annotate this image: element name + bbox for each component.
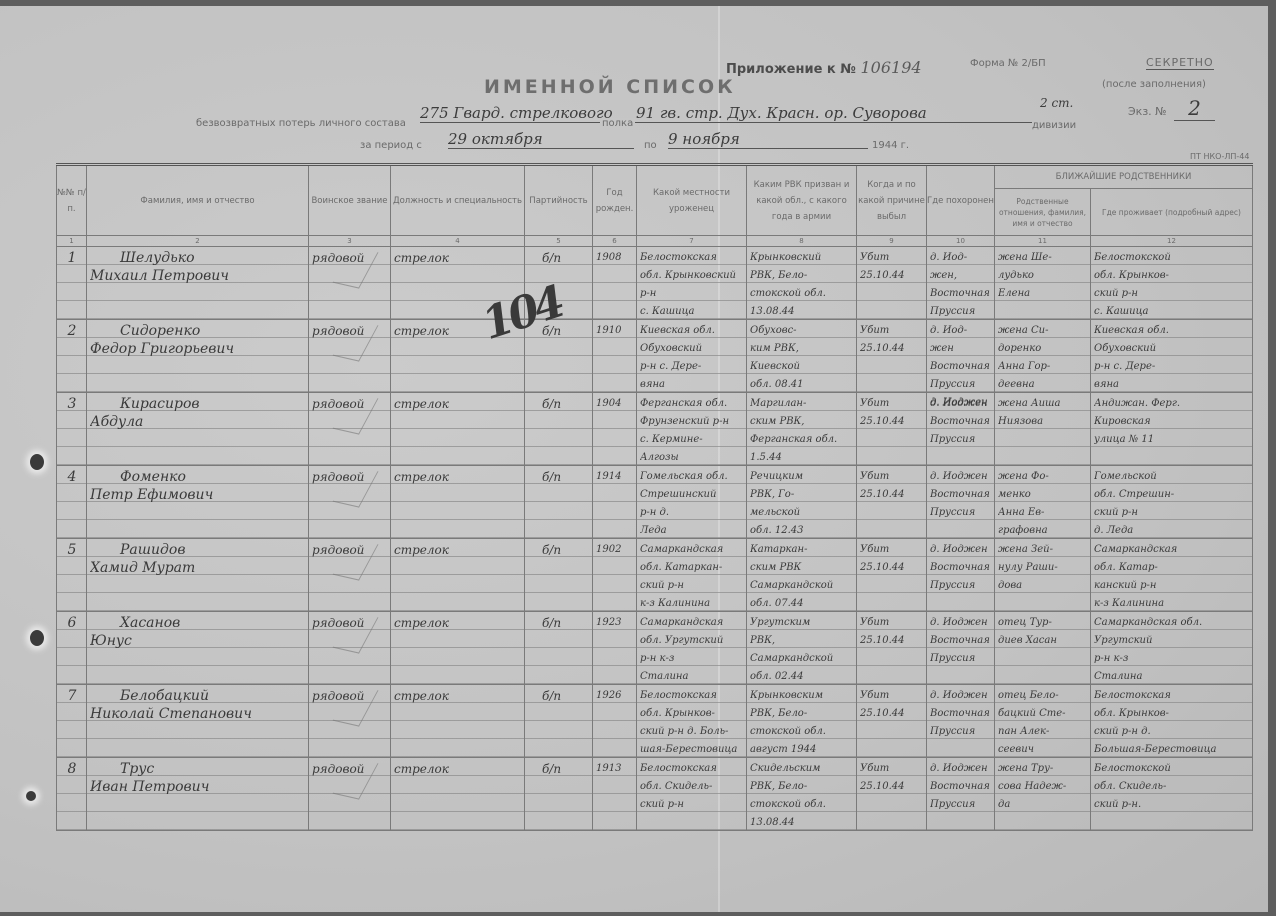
- text-line: Елена: [998, 285, 1088, 303]
- given-names: Хамид Мурат: [90, 559, 306, 577]
- table-row: 4 Фоменко Петр Ефимович рядовой стрелок …: [57, 466, 1253, 539]
- text-line: Самаркандская: [640, 541, 744, 559]
- col-num: 5: [525, 236, 593, 247]
- text-line: Пруссия: [930, 796, 992, 814]
- text-line: Убит: [860, 541, 924, 559]
- text-line: Леда: [640, 522, 744, 540]
- text-line: Сталина: [1094, 668, 1250, 686]
- text-line: Крынковский: [750, 249, 854, 267]
- text-line: д. Леда: [1094, 522, 1250, 540]
- text-line: обл. Катаркан-: [640, 559, 744, 577]
- division-note: 2 ст.: [1040, 96, 1073, 110]
- text-line: 13.08.44: [750, 303, 854, 321]
- text-line: 25.10.44: [860, 559, 924, 577]
- relative: жена Си-доренкоАнна Гор-деевна: [998, 322, 1088, 394]
- text-line: обл. 02.44: [750, 668, 854, 686]
- text-line: Стрешинский: [640, 486, 744, 504]
- text-line: Восточная: [930, 632, 992, 650]
- text-line: д. Иоджен: [930, 468, 992, 486]
- classification-note: (после заполнения): [1102, 79, 1206, 90]
- text-line: обл. Скидель-: [1094, 778, 1250, 796]
- relative-address: Самаркандскаяобл. Катар-канский р-нк-з К…: [1094, 541, 1250, 613]
- col-num: 1: [57, 236, 87, 247]
- text-line: Самаркандская обл.: [1094, 614, 1250, 632]
- text-line: Белостокская: [640, 760, 744, 778]
- text-line: ским РВК,: [750, 413, 854, 431]
- col-num: 7: [637, 236, 747, 247]
- burial-place: д. ИодженВосточнаяПруссия: [930, 541, 992, 595]
- text-line: мельской: [750, 504, 854, 522]
- origin: Киевская обл.Обуховскийр-н с. Дере-вяна: [640, 322, 744, 394]
- text-line: с. Кашица: [1094, 303, 1250, 321]
- text-line: к-з Калинина: [1094, 595, 1250, 613]
- text-line: Пруссия: [930, 431, 992, 449]
- text-line: ский р-н.: [1094, 796, 1250, 814]
- text-line: к-з Калинина: [640, 595, 744, 613]
- birth-year: 1904: [596, 395, 634, 413]
- text-line: с. Кашица: [640, 303, 744, 321]
- text-line: Киевская обл.: [640, 322, 744, 340]
- text-line: д. Иоджен: [930, 395, 992, 413]
- text-line: обл. 12.43: [750, 522, 854, 540]
- text-line: Восточная: [930, 705, 992, 723]
- rvk: Маргилан-ским РВК,Ферганская обл.1.5.44: [750, 395, 854, 467]
- origin: Самаркандскаяобл. Ургутскийр-н к-зСталин…: [640, 614, 744, 686]
- text-line: РВК,: [750, 632, 854, 650]
- text-line: Андижан. Ферг.: [1094, 395, 1250, 413]
- text-line: Убит: [860, 614, 924, 632]
- left-reason: Убит25.10.44: [860, 395, 924, 431]
- col-num: 10: [927, 236, 995, 247]
- text-line: обл. Крынков-: [1094, 267, 1250, 285]
- text-line: Ургутским: [750, 614, 854, 632]
- classification-label: СЕКРЕТНО: [1146, 56, 1214, 70]
- period-label: за период с: [360, 140, 422, 151]
- text-line: 25.10.44: [860, 486, 924, 504]
- table-row: 8 Трус Иван Петрович рядовой стрелок б/п…: [57, 758, 1253, 831]
- party: б/п: [528, 249, 590, 267]
- text-line: д. Иоджен: [930, 614, 992, 632]
- origin: Ферганская обл.Фрунзенский р-нс. Кермине…: [640, 395, 744, 467]
- text-line: обл. Крынковский: [640, 267, 744, 285]
- text-line: Самаркандской: [750, 650, 854, 668]
- text-line: пан Алек-: [998, 723, 1088, 741]
- party: б/п: [528, 687, 590, 705]
- col-group-relatives: БЛИЖАЙШИЕ РОДСТВЕННИКИ: [995, 165, 1253, 189]
- text-line: д. Иоджен: [930, 760, 992, 778]
- col-num: 3: [309, 236, 391, 247]
- party: б/п: [528, 541, 590, 559]
- text-line: р-н к-з: [1094, 650, 1250, 668]
- text-line: р-н с. Дере-: [640, 358, 744, 376]
- text-line: жена Тру-: [998, 760, 1088, 778]
- document-sheet: ИМЕННОЙ СПИСОК Приложение к № 106194 Фор…: [0, 6, 1268, 912]
- relative: жена АишаНиязова: [998, 395, 1088, 431]
- text-line: графовна: [998, 522, 1088, 540]
- text-line: менко: [998, 486, 1088, 504]
- position: стрелок: [394, 468, 522, 486]
- text-line: Восточная: [930, 358, 992, 376]
- form-number: Форма № 2/БП: [970, 58, 1046, 69]
- burial-place: д. ИодженВосточнаяПруссия: [930, 760, 992, 814]
- col-header-name: Фамилия, имя и отчество: [87, 165, 309, 236]
- text-line: ский р-н: [1094, 285, 1250, 303]
- text-line: Киевская обл.: [1094, 322, 1250, 340]
- origin: Белостокскаяобл. Скидель-ский р-н: [640, 760, 744, 814]
- col-header-birth-year: Год рожден.: [593, 165, 637, 236]
- copy-value: 2: [1174, 96, 1215, 121]
- left-reason: Убит25.10.44: [860, 760, 924, 796]
- text-line: Кировская: [1094, 413, 1250, 431]
- text-line: Восточная: [930, 778, 992, 796]
- row-number: 1: [60, 249, 84, 267]
- text-line: Убит: [860, 322, 924, 340]
- rvk: КрынковскимРВК, Бело-стокской обл.август…: [750, 687, 854, 759]
- birth-year: 1926: [596, 687, 634, 705]
- given-names: Иван Петрович: [90, 778, 306, 796]
- text-line: ский р-н: [1094, 504, 1250, 522]
- text-line: деевна: [998, 376, 1088, 394]
- surname: Шелудько: [90, 249, 306, 267]
- row-number: 6: [60, 614, 84, 632]
- text-line: Речицким: [750, 468, 854, 486]
- col-num: 12: [1091, 236, 1253, 247]
- text-line: жена Аиша: [998, 395, 1088, 413]
- text-line: Сталина: [640, 668, 744, 686]
- text-line: сова Надеж-: [998, 778, 1088, 796]
- relative-address: Андижан. Ферг.Кировскаяулица № 11: [1094, 395, 1250, 449]
- burial-place: д. ИодженВосточнаяПруссия: [930, 687, 992, 741]
- row-number: 7: [60, 687, 84, 705]
- text-line: Пруссия: [930, 303, 992, 321]
- left-reason: Убит25.10.44: [860, 468, 924, 504]
- text-line: РВК, Го-: [750, 486, 854, 504]
- text-line: Большая-Берестовица: [1094, 741, 1250, 759]
- col-header-buried: Где похоронен: [927, 165, 995, 236]
- col-header-rank: Воинское звание: [309, 165, 391, 236]
- text-line: Ургутский: [1094, 632, 1250, 650]
- text-line: РВК, Бело-: [750, 705, 854, 723]
- row-number: 5: [60, 541, 84, 559]
- birth-year: 1902: [596, 541, 634, 559]
- text-line: бацкий Сте-: [998, 705, 1088, 723]
- birth-year: 1923: [596, 614, 634, 632]
- text-line: 25.10.44: [860, 778, 924, 796]
- surname: Трус: [90, 760, 306, 778]
- text-line: Белостокская: [640, 249, 744, 267]
- relative-address: Киевская обл.Обуховскийр-н с. Дере-вяна: [1094, 322, 1250, 394]
- text-line: канский р-н: [1094, 577, 1250, 595]
- text-line: ский р-н д. Боль-: [640, 723, 744, 741]
- text-line: Белостокская: [1094, 687, 1250, 705]
- text-line: жена Ше-: [998, 249, 1088, 267]
- position: стрелок: [394, 249, 522, 267]
- surname: Рашидов: [90, 541, 306, 559]
- text-line: отец Бело-: [998, 687, 1088, 705]
- text-line: р-н д.: [640, 504, 744, 522]
- text-line: д. Иоджен: [930, 541, 992, 559]
- text-line: обл. Крынков-: [1094, 705, 1250, 723]
- period-to-label: по: [644, 140, 657, 151]
- text-line: Самаркандская: [1094, 541, 1250, 559]
- burial-place: д. ИодженВосточнаяПруссия: [930, 614, 992, 668]
- attachment-label: Приложение к №: [726, 62, 856, 77]
- text-line: отец Тур-: [998, 614, 1088, 632]
- text-line: жена Зей-: [998, 541, 1088, 559]
- position: стрелок: [394, 687, 522, 705]
- text-line: 25.10.44: [860, 340, 924, 358]
- party: б/п: [528, 395, 590, 413]
- row-number: 4: [60, 468, 84, 486]
- col-num: 2: [87, 236, 309, 247]
- burial-place: д. Иод-жен,ВосточнаяПруссия: [930, 249, 992, 321]
- copy-label: Экз. №: [1128, 105, 1167, 118]
- text-line: Ниязова: [998, 413, 1088, 431]
- text-line: Восточная: [930, 285, 992, 303]
- given-names: Петр Ефимович: [90, 486, 306, 504]
- text-line: д. Иод-: [930, 322, 992, 340]
- text-line: Крынковским: [750, 687, 854, 705]
- text-line: Обуховский: [640, 340, 744, 358]
- text-line: Восточная: [930, 413, 992, 431]
- left-reason: Убит25.10.44: [860, 322, 924, 358]
- col-header-rvk: Каким РВК призван и какой обл., с какого…: [747, 165, 857, 236]
- position: стрелок: [394, 541, 522, 559]
- text-line: 13.08.44: [750, 814, 854, 832]
- text-line: Анна Гор-: [998, 358, 1088, 376]
- given-names: Михаил Петрович: [90, 267, 306, 285]
- relative: отец Бело-бацкий Сте-пан Алек-сеевич: [998, 687, 1088, 759]
- year: 1944 г.: [872, 140, 909, 151]
- text-line: 25.10.44: [860, 705, 924, 723]
- text-line: 25.10.44: [860, 267, 924, 285]
- text-line: август 1944: [750, 741, 854, 759]
- table-row: 2 Сидоренко Федор Григорьевич рядовой ст…: [57, 320, 1253, 393]
- text-line: Фрунзенский р-н: [640, 413, 744, 431]
- rvk: УргутскимРВК,Самаркандскойобл. 02.44: [750, 614, 854, 686]
- table-row: 1 Шелудько Михаил Петрович рядовой стрел…: [57, 247, 1253, 320]
- text-line: Катаркан-: [750, 541, 854, 559]
- text-line: Самаркандская: [640, 614, 744, 632]
- col-header-number: №№ п/п.: [57, 165, 87, 236]
- surname: Белобацкий: [90, 687, 306, 705]
- text-line: ский р-н д.: [1094, 723, 1250, 741]
- col-num: 6: [593, 236, 637, 247]
- text-line: РВК, Бело-: [750, 267, 854, 285]
- text-line: стокской обл.: [750, 796, 854, 814]
- text-line: Пруссия: [930, 577, 992, 595]
- origin: Самаркандскаяобл. Катаркан-ский р-нк-з К…: [640, 541, 744, 613]
- row-number: 3: [60, 395, 84, 413]
- text-line: обл. Скидель-: [640, 778, 744, 796]
- text-line: Восточная: [930, 559, 992, 577]
- text-line: доренко: [998, 340, 1088, 358]
- rvk: КрынковскийРВК, Бело-стокской обл.13.08.…: [750, 249, 854, 321]
- relative-address: Самаркандская обл.Ургутскийр-н к-зСталин…: [1094, 614, 1250, 686]
- text-line: диев Хасан: [998, 632, 1088, 650]
- text-line: обл. Ургутский: [640, 632, 744, 650]
- text-line: ким РВК,: [750, 340, 854, 358]
- text-line: Ферганская обл.: [640, 395, 744, 413]
- relative-address: Белостокскаяобл. Крынков-ский р-н д.Боль…: [1094, 687, 1250, 759]
- text-line: Обуховский: [1094, 340, 1250, 358]
- text-line: Убит: [860, 395, 924, 413]
- attachment-stamp: Приложение к № 106194: [726, 58, 922, 77]
- position: стрелок: [394, 760, 522, 778]
- burial-place: д. ИодженВосточнаяПруссия: [930, 395, 992, 449]
- col-header-left: Когда и по какой причине выбыл: [857, 165, 927, 236]
- text-line: жен: [930, 340, 992, 358]
- left-reason: Убит25.10.44: [860, 614, 924, 650]
- text-line: Маргилан-: [750, 395, 854, 413]
- origin: Белостокскаяобл. Крынков-ский р-н д. Бол…: [640, 687, 744, 759]
- table-row: 5 Рашидов Хамид Мурат рядовой стрелок б/…: [57, 539, 1253, 612]
- text-line: ским РВК: [750, 559, 854, 577]
- birth-year: 1910: [596, 322, 634, 340]
- col-header-relation: Родственные отношения, фамилия, имя и от…: [995, 189, 1091, 236]
- text-line: Самаркандской: [750, 577, 854, 595]
- text-line: обл. Стрешин-: [1094, 486, 1250, 504]
- text-line: ский р-н: [640, 796, 744, 814]
- table-row: 6 Хасанов Юнус рядовой стрелок б/п 1923 …: [57, 612, 1253, 685]
- text-line: Убит: [860, 468, 924, 486]
- rvk: Катаркан-ским РВКСамаркандскойобл. 07.44: [750, 541, 854, 613]
- text-line: стокской обл.: [750, 285, 854, 303]
- text-line: Скидельским: [750, 760, 854, 778]
- table-row: 3 Кирасиров Абдула рядовой стрелок б/п 1…: [57, 393, 1253, 466]
- given-names: Николай Степанович: [90, 705, 306, 723]
- rvk: СкидельскимРВК, Бело-стокской обл.13.08.…: [750, 760, 854, 832]
- reference-code: ПТ НКО-ЛП-44: [1190, 152, 1249, 161]
- text-line: ский р-н: [640, 577, 744, 595]
- text-line: нулу Раши-: [998, 559, 1088, 577]
- text-line: Пруссия: [930, 504, 992, 522]
- relative: жена Тру-сова Надеж-да: [998, 760, 1088, 814]
- text-line: Пруссия: [930, 723, 992, 741]
- text-line: жен,: [930, 267, 992, 285]
- punch-hole: [26, 791, 36, 801]
- text-line: д. Иоджен: [930, 687, 992, 705]
- document-title: ИМЕННОЙ СПИСОК: [484, 76, 736, 98]
- surname: Сидоренко: [90, 322, 306, 340]
- given-names: Федор Григорьевич: [90, 340, 306, 358]
- losses-label: безвозвратных потерь личного состава: [196, 118, 406, 129]
- text-line: Киевской: [750, 358, 854, 376]
- text-line: Пруссия: [930, 376, 992, 394]
- col-num: 8: [747, 236, 857, 247]
- text-line: шая-Берестовица: [640, 741, 744, 759]
- text-line: р-н к-з: [640, 650, 744, 668]
- text-line: р-н с. Дере-: [1094, 358, 1250, 376]
- text-line: жена Си-: [998, 322, 1088, 340]
- text-line: д. Иод-: [930, 249, 992, 267]
- birth-year: 1913: [596, 760, 634, 778]
- text-line: обл. Катар-: [1094, 559, 1250, 577]
- relative-address: Гомельскойобл. Стрешин-ский р-нд. Леда: [1094, 468, 1250, 540]
- text-line: Пруссия: [930, 650, 992, 668]
- text-line: Гомельской: [1094, 468, 1250, 486]
- origin: Белостокскаяобл. Крынковскийр-нс. Кашица: [640, 249, 744, 321]
- relative-address: Белостокскойобл. Скидель-ский р-н.: [1094, 760, 1250, 814]
- text-line: обл. Крынков-: [640, 705, 744, 723]
- text-line: стокской обл.: [750, 723, 854, 741]
- text-line: обл. 07.44: [750, 595, 854, 613]
- copy-number: Экз. № 2: [1128, 96, 1215, 120]
- period-to: 9 ноября: [668, 130, 868, 149]
- col-num: 11: [995, 236, 1091, 247]
- col-header-party: Партийность: [525, 165, 593, 236]
- relative: жена Фо-менкоАнна Ев-графовна: [998, 468, 1088, 540]
- text-line: 25.10.44: [860, 632, 924, 650]
- relative-address: Белостокскойобл. Крынков-ский р-нс. Каши…: [1094, 249, 1250, 321]
- origin: Гомельская обл.Стрешинскийр-н д.Леда: [640, 468, 744, 540]
- burial-place: д. ИодженВосточнаяПруссия: [930, 468, 992, 522]
- party: б/п: [528, 468, 590, 486]
- party: б/п: [528, 760, 590, 778]
- text-line: Анна Ев-: [998, 504, 1088, 522]
- text-line: жена Фо-: [998, 468, 1088, 486]
- left-reason: Убит25.10.44: [860, 541, 924, 577]
- text-line: Гомельская обл.: [640, 468, 744, 486]
- text-line: Ферганская обл.: [750, 431, 854, 449]
- text-line: РВК, Бело-: [750, 778, 854, 796]
- col-header-origin: Какой местности уроженец: [637, 165, 747, 236]
- division-field: 91 гв. стр. Дух. Красн. ор. Суворова: [636, 104, 1032, 123]
- relative: жена Зей-нулу Раши-дова: [998, 541, 1088, 595]
- rvk: Обуховс-ким РВК,Киевскойобл. 08.41: [750, 322, 854, 394]
- regiment-suffix: полка: [600, 118, 635, 129]
- col-header-address: Где проживает (подробный адрес): [1091, 189, 1253, 236]
- relative: жена Ше-лудькоЕлена: [998, 249, 1088, 303]
- text-line: лудько: [998, 267, 1088, 285]
- row-number: 8: [60, 760, 84, 778]
- left-reason: Убит25.10.44: [860, 687, 924, 723]
- losses-table: №№ п/п. Фамилия, имя и отчество Воинское…: [56, 163, 1253, 831]
- birth-year: 1908: [596, 249, 634, 267]
- surname: Кирасиров: [90, 395, 306, 413]
- division-suffix: дивизии: [1032, 120, 1076, 131]
- row-number: 2: [60, 322, 84, 340]
- text-line: Белостокской: [1094, 249, 1250, 267]
- text-line: Восточная: [930, 486, 992, 504]
- text-line: вяна: [640, 376, 744, 394]
- col-num: 4: [391, 236, 525, 247]
- text-line: улица № 11: [1094, 431, 1250, 449]
- text-line: дова: [998, 577, 1088, 595]
- position: стрелок: [394, 614, 522, 632]
- birth-year: 1914: [596, 468, 634, 486]
- text-line: Обуховс-: [750, 322, 854, 340]
- period-from: 29 октября: [448, 130, 634, 149]
- text-line: Убит: [860, 249, 924, 267]
- party: б/п: [528, 614, 590, 632]
- position: стрелок: [394, 395, 522, 413]
- left-reason: Убит25.10.44: [860, 249, 924, 285]
- punch-hole: [30, 630, 44, 646]
- surname: Хасанов: [90, 614, 306, 632]
- text-line: с. Кермине-: [640, 431, 744, 449]
- col-header-position: Должность и специальность: [391, 165, 525, 236]
- given-names: Юнус: [90, 632, 306, 650]
- text-line: Белостокской: [1094, 760, 1250, 778]
- text-line: обл. 08.41: [750, 376, 854, 394]
- text-line: р-н: [640, 285, 744, 303]
- relative: отец Тур-диев Хасан: [998, 614, 1088, 650]
- rvk: РечицкимРВК, Го-мельскойобл. 12.43: [750, 468, 854, 540]
- text-line: Убит: [860, 760, 924, 778]
- text-line: Белостокская: [640, 687, 744, 705]
- given-names: Абдула: [90, 413, 306, 431]
